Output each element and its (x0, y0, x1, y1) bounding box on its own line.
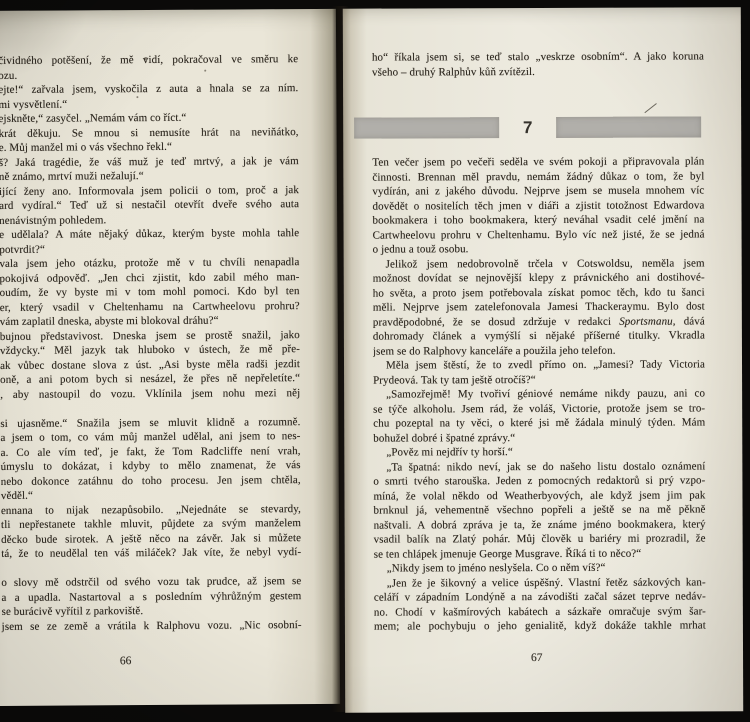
text-line: Jelikož jsem nedobrovolně trčela v Cotsw… (373, 256, 705, 272)
text-line: mem; ale pochybuju o jeho genialitě, kdy… (374, 618, 706, 634)
text-line: se ten chlápek jmenuje George Musgrave. … (374, 546, 706, 562)
text-line: vsadil balík na Zlatý pohár. Můj člověk … (374, 531, 706, 547)
text-line: a a upadla. Nastartoval a s posledním vý… (1, 589, 301, 605)
text-line: činnosti. Brennan měl pravdu, nemám žádn… (372, 169, 704, 185)
text-line: možnost dovídat se nejnovější klepy z pr… (373, 270, 705, 286)
text-line: brnknul já, vehementně všechno popřeli a… (374, 502, 706, 518)
chapter-heading-bar-right (556, 116, 701, 138)
text-line: Měla jsem štěstí, že to zvedl přímo on. … (373, 357, 705, 373)
text-line: vydírán, ani z jakého důvodu. Nejprve js… (372, 183, 704, 199)
text-line: „Pověz mi nejdřív ty horší.“ (373, 444, 705, 460)
text-line: „Samozřejmě! My tvořiví géniové nemáme n… (373, 386, 705, 402)
text-line: no. Chodí v kašmírových kabátech a sázka… (374, 604, 706, 620)
text-line: „Ta špatná: nikdo neví, jak se do našeho… (373, 459, 705, 475)
text-line: chu pozeptal na ty věci, o které jsi mě … (373, 415, 705, 431)
text-line: tá, že to neudělal ten váš miláček? Jak … (1, 545, 301, 561)
text-line: bookmakera i toho bookmakera, který nevá… (372, 212, 704, 228)
text-line: vždycky.“ Měl jazyk tak hluboko v ústech… (0, 342, 300, 358)
text-line: jsem se ze země a vrátila k Ralphovu voz… (2, 618, 302, 634)
text-line: čividného potěšení, že mě vidí, pokračov… (0, 52, 298, 68)
text-line: krát děkuju. Se mnou si nemusíte hrát na… (0, 125, 299, 141)
text-line: Ten večer jsem po večeři seděla ve svém … (372, 154, 704, 170)
text-line: „Jen že je šikovný a velice úspěšný. Vla… (374, 575, 706, 591)
text-line: všeho – druhý Ralphův kůň zvítězil. (372, 64, 704, 80)
text-line: bohužel dobré i špatné zprávy.“ (373, 430, 705, 446)
text-line: se týče alkoholu. Jsem rád, že voláš, Vi… (373, 401, 705, 417)
right-page-body-text: Ten večer jsem po večeři seděla ve svém … (372, 154, 706, 634)
text-line: a jsem o tom, co vám můj manžel udělal, … (0, 429, 300, 445)
text-line: o jednu a touž osobu. (373, 241, 705, 257)
text-line: , aby nastoupil do vozu. Vklínila jsem n… (0, 386, 300, 402)
text-line: míná, že volal někdo od Weatherbyových, … (373, 488, 705, 504)
text-line: vala jsem jeho otázku, protože mě v tu c… (0, 255, 299, 271)
dust-speck (144, 57, 147, 60)
text-line: š? Jaká tragédie, že váš muž je teď mrtv… (0, 154, 299, 170)
page-number: 66 (120, 655, 132, 667)
text-line: e udělala? A máte nějaký důkaz, kterým b… (0, 226, 299, 242)
page-number: 67 (531, 652, 543, 664)
text-line: oně, a ani potom bych si nesázel, že pře… (0, 371, 300, 387)
text-line: měli. Nejprve jsem zatelefonovala Jamesi… (373, 299, 705, 315)
dust-speck (136, 96, 138, 98)
text-line: Cartwheelovu prohru v Cheltenhamu. Bylo … (373, 227, 705, 243)
text-line: er, který vsadil v Cheltenhamu na Cartwh… (0, 299, 300, 315)
text-line: ho světa, a proto jsem potřebovala získa… (373, 285, 705, 301)
text-line: ho“ říkala jsem si, se teď stalo „veskrz… (372, 49, 704, 65)
left-page-text: čividného potěšení, že mě vidí, pokračov… (0, 52, 302, 634)
text-line: celáří v západním Londýně a na závodišti… (374, 589, 706, 605)
text-line: tli nepřestanete takhle mluvit, půjdete … (1, 516, 301, 532)
dust-speck (204, 70, 206, 72)
text-line: o slovy mě odstrčil od svého vozu tak pr… (1, 574, 301, 590)
text-line: Prydeová. Tak ty tam ještě otročíš?“ (373, 372, 705, 388)
text-line: oudím, že vy byste mi v tom mohl pomoci.… (0, 284, 300, 300)
left-page: čividného potěšení, že mě vidí, pokračov… (0, 9, 340, 706)
chapter-heading-bar-left (354, 117, 499, 139)
text-line: úmyslu to dokázat, i kdyby to mělo zname… (1, 458, 301, 474)
text-line: naštvali. A dobrá zpráva je ta, že známe… (374, 517, 706, 533)
text-line: ejte!“ zařvala jsem, vyskočila z auta a … (0, 81, 298, 97)
text-line: „Nikdy jsem to jméno neslyšela. Co o něm… (374, 560, 706, 576)
scratch-mark (644, 103, 656, 113)
right-page-intro-text: ho“ říkala jsem si, se teď stalo „veskrz… (372, 49, 704, 79)
text-line: jsem se do Ralphovy kanceláře a použila … (373, 343, 705, 359)
chapter-number: 7 (499, 117, 556, 137)
text-line: pravděpodobné, že se dosud zdržuje v red… (373, 314, 705, 330)
text-line: dovědět o nositelích těch jmen v diáři a… (372, 198, 704, 214)
text-line: nebo dokonce zatáhnu do toho procesu. Je… (1, 473, 301, 489)
text-line: o smrti tvého starouška. Jeden z pomocný… (373, 473, 705, 489)
right-page: ho“ říkala jsem si, se teď stalo „veskrz… (343, 7, 743, 712)
text-line: ard vydíral.“ Teď už si nestačil otevřít… (0, 197, 299, 213)
text-line: dohromady článek a vymýšlí si nějaké pří… (373, 328, 705, 344)
chapter-heading: 7 (354, 116, 701, 138)
